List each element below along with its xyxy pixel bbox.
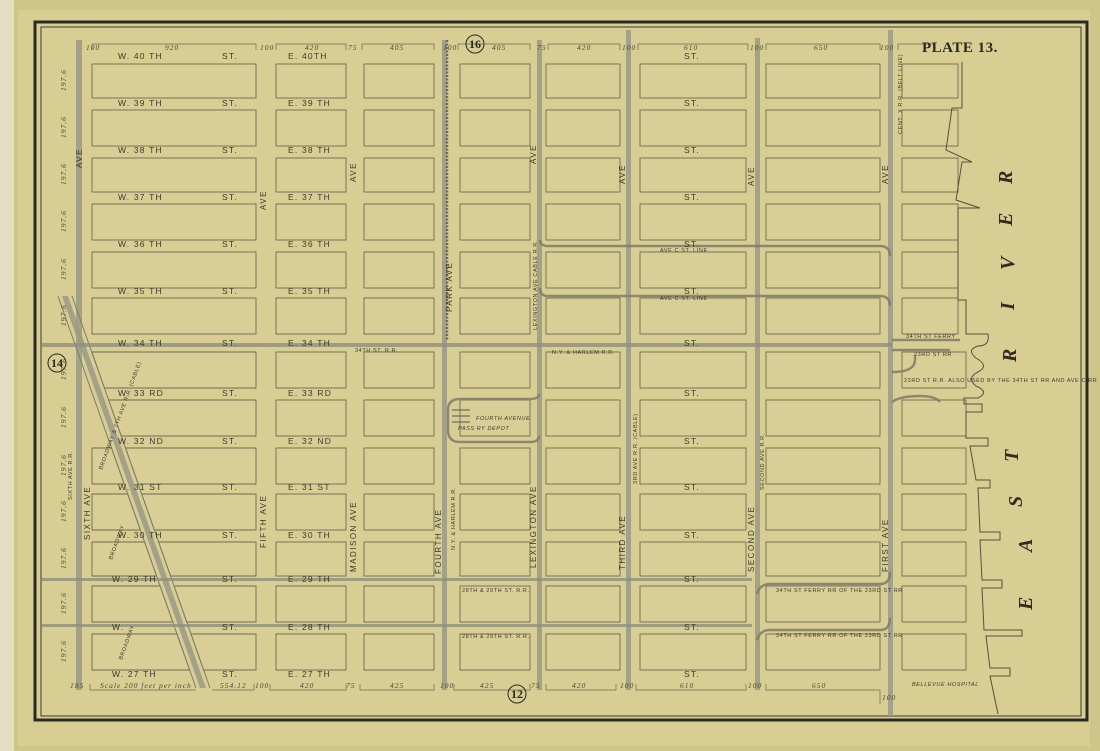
city-block <box>276 252 346 288</box>
city-block <box>364 542 434 576</box>
plate-title: PLATE 13. <box>922 40 998 56</box>
street-suffix-label: ST. <box>684 436 700 446</box>
street-label-west: W. 32 ND <box>118 436 164 446</box>
28-29-st-rr-label-a: 28TH & 29TH ST. R.R. <box>462 588 530 594</box>
dim-label: 75 <box>346 681 356 690</box>
dim-label: 75 <box>531 681 541 690</box>
sixth-ave-rail <box>76 40 82 690</box>
city-block <box>142 494 256 530</box>
street-label-west: W. 40 TH <box>118 51 163 61</box>
city-block <box>364 64 434 98</box>
city-block <box>92 352 256 388</box>
dim-label: 100 <box>255 681 269 690</box>
city-block <box>546 634 620 670</box>
city-block <box>766 494 880 530</box>
city-block <box>546 298 620 334</box>
dim-label: 100 <box>620 681 634 690</box>
street-suffix-label: ST. <box>222 482 238 492</box>
ferry-shared-label: 23RD ST R.R. ALSO USED BY THE 34TH ST RR… <box>904 378 1097 384</box>
river-letter: A <box>1015 539 1037 554</box>
street-label-east: E. 34 TH <box>288 338 331 348</box>
city-block <box>766 448 880 484</box>
city-block <box>546 204 620 240</box>
street-suffix-label: ST. <box>222 669 238 679</box>
city-block <box>766 204 880 240</box>
lexington-ave-rail <box>537 40 542 690</box>
city-block <box>92 586 173 622</box>
city-block <box>902 586 966 622</box>
bellevue-hospital-label: BELLEVUE HOSPITAL <box>912 682 979 688</box>
city-block <box>460 298 530 334</box>
city-block <box>276 494 346 530</box>
street-suffix-label: ST. <box>684 622 700 632</box>
street-label-west: W. 38 TH <box>118 145 163 155</box>
city-block <box>109 400 256 436</box>
dim-label: 75 <box>537 43 547 52</box>
city-block <box>276 634 346 670</box>
city-block <box>92 252 256 288</box>
dim-label: 100 <box>622 43 636 52</box>
avenue-label-ave: AVE <box>881 164 890 184</box>
depot-label-line2: PASS RY DEPOT <box>458 426 509 432</box>
street-label-east: E. 32 ND <box>288 436 332 446</box>
city-block <box>92 634 190 670</box>
avenue-label-lexington: LEXINGTON AVE <box>529 485 538 568</box>
dim-label: 100 <box>443 43 457 52</box>
city-block <box>766 542 880 576</box>
street-label-west: W. 27 TH <box>112 669 157 679</box>
city-block <box>460 494 530 530</box>
dim-label: 75 <box>348 43 358 52</box>
avenue-label-ave: AVE <box>349 162 358 182</box>
street-label-west: W. 37 TH <box>118 192 163 202</box>
city-block <box>92 158 256 192</box>
block-depth-dim: 197.6 <box>59 592 68 614</box>
third-ave-rail <box>626 30 631 690</box>
river-letter: E <box>995 213 1017 227</box>
city-block <box>364 352 434 388</box>
city-block <box>766 252 880 288</box>
third-ave-cable-label: 3RD AVE R.R. (CABLE) <box>633 413 639 484</box>
street-label-east: E. 27 TH <box>288 669 331 679</box>
street-suffix-label: ST. <box>222 51 238 61</box>
city-block <box>276 586 346 622</box>
sixth-ave-rr-label: SIXTH AVE R.R. <box>68 451 74 500</box>
city-block <box>276 298 346 334</box>
dim-label: 100 <box>750 43 764 52</box>
block-depth-dim: 197.6 <box>59 640 68 662</box>
street-suffix-label: ST. <box>684 145 700 155</box>
city-block <box>640 298 746 334</box>
34th-st-rail <box>42 343 892 347</box>
city-block <box>640 494 746 530</box>
second-ave-rr-label: SECOND AVE R.R. <box>760 433 766 490</box>
ave-c-line-label-1: AVE C ST. LINE <box>660 248 708 254</box>
city-block <box>766 634 880 670</box>
street-label-east: E. 35 TH <box>288 286 331 296</box>
ferry-mid-label: 23RD ST RR <box>914 352 952 358</box>
28th-st-rail <box>42 624 752 627</box>
street-label-east: E. 33 RD <box>288 388 332 398</box>
city-block <box>364 494 434 530</box>
city-block <box>640 634 746 670</box>
street-suffix-label: ST. <box>684 286 700 296</box>
city-block <box>364 448 434 484</box>
city-block <box>276 204 346 240</box>
ny-harlem-4th-label: N.Y. & HARLEM R.R. <box>451 487 457 550</box>
city-block <box>276 448 346 484</box>
street-suffix-label: ST. <box>222 98 238 108</box>
city-block <box>126 448 256 484</box>
ferry-rr-label-b: 34TH ST FERRY RR OF THE 23RD ST RR <box>776 633 903 639</box>
city-block <box>766 400 880 436</box>
city-block <box>902 64 958 98</box>
city-block <box>640 352 746 388</box>
block-depth-dim: 197.6 <box>59 547 68 569</box>
street-label-west: W. 31 ST <box>118 482 163 492</box>
street-label-west: W. 35 TH <box>118 286 163 296</box>
street-suffix-label: ST. <box>684 530 700 540</box>
city-block <box>364 204 434 240</box>
block-depth-dim: 197.6 <box>59 358 68 380</box>
avenue-label-third: THIRD AVE <box>618 515 627 570</box>
street-label-east: E. 29 TH <box>288 574 331 584</box>
avenue-label-ave: AVE <box>75 148 84 168</box>
river-letter: S <box>1005 496 1027 507</box>
dim-label: 650 <box>812 681 826 690</box>
city-block <box>546 542 620 576</box>
city-block <box>640 204 746 240</box>
street-label-east: E. 40TH <box>288 51 328 61</box>
first-ave-belt-label: CENT. X R.R. (BELT LINE) <box>898 54 904 134</box>
city-block <box>364 158 434 192</box>
city-block <box>460 542 530 576</box>
street-suffix-label: ST. <box>222 286 238 296</box>
street-suffix-label: ST. <box>222 574 238 584</box>
city-block <box>902 494 966 530</box>
lexington-cable-label: LEXINGTON AVE CABLE R.R. <box>533 240 539 330</box>
block-depth-dim: 197.6 <box>59 258 68 280</box>
river-letter: R <box>995 171 1017 185</box>
city-block <box>159 542 256 576</box>
block-depth-dim: 197.6 <box>59 454 68 476</box>
dim-label: 100 <box>260 43 274 52</box>
city-block <box>766 158 880 192</box>
street-label-east: E. 38 TH <box>288 145 331 155</box>
dim-label: 100 <box>86 43 100 52</box>
street-label-west: W. 30 TH <box>118 530 163 540</box>
dim-label: 100 <box>880 43 894 52</box>
dim-label: 185 <box>70 681 84 690</box>
street-suffix-label: ST. <box>684 98 700 108</box>
street-label-west: W. 36 TH <box>118 239 163 249</box>
city-block <box>640 586 746 622</box>
city-block <box>276 400 346 436</box>
dim-label: 100 <box>440 681 454 690</box>
city-block <box>640 448 746 484</box>
river-letter: I <box>997 301 1019 311</box>
dim-label: 425 <box>480 681 494 690</box>
city-block <box>766 110 880 146</box>
sheet-number-south[interactable]: 12 <box>511 687 523 701</box>
street-suffix-label: ST. <box>222 145 238 155</box>
block-depth-dim: 197.6 <box>59 210 68 232</box>
city-block <box>460 204 530 240</box>
dim-label: 554.12 <box>220 681 247 690</box>
city-block <box>546 158 620 192</box>
city-block <box>276 158 346 192</box>
avenue-label-madison: MADISON AVE <box>349 501 358 572</box>
city-block <box>364 252 434 288</box>
city-block <box>766 64 880 98</box>
city-block <box>902 204 958 240</box>
dim-label: 420 <box>577 43 591 52</box>
river-letter: R <box>999 349 1021 363</box>
ferry-rr-label-a: 34TH ST FERRY RR OF THE 23RD ST RR <box>776 588 903 594</box>
city-block <box>364 110 434 146</box>
street-suffix-label: ST. <box>684 482 700 492</box>
city-block <box>640 110 746 146</box>
block-depth-dim: 197.6 <box>59 500 68 522</box>
city-block <box>364 634 434 670</box>
city-block <box>460 448 530 484</box>
street-label-east: E. 30 TH <box>288 530 331 540</box>
city-block <box>546 400 620 436</box>
city-block <box>902 252 958 288</box>
city-block <box>902 400 966 436</box>
34th-st-rr-label: 34TH ST. R.R. <box>355 348 398 354</box>
street-suffix-label: ST. <box>684 338 700 348</box>
avenue-label-first: FIRST AVE <box>881 518 890 572</box>
depot-label-line1: FOURTH AVENUE <box>476 416 530 422</box>
block-depth-dim: 197.6 <box>59 406 68 428</box>
street-suffix-label: ST. <box>222 622 238 632</box>
street-suffix-label: ST. <box>222 388 238 398</box>
city-block <box>174 586 256 622</box>
ny-harlem-rr-label: N.Y. & HARLEM R.R. <box>552 350 615 356</box>
river-letter: E <box>1015 597 1037 611</box>
city-block <box>92 64 256 98</box>
street-suffix-label: ST. <box>684 51 700 61</box>
street-label-east: E. 37 TH <box>288 192 331 202</box>
city-block <box>276 110 346 146</box>
city-block <box>460 352 530 388</box>
dim-label: 420 <box>300 681 314 690</box>
river-letter: V <box>997 255 1019 270</box>
street-suffix-label: ST. <box>222 436 238 446</box>
dim-label: 100 <box>748 681 762 690</box>
avenue-label-ave: AVE <box>529 144 538 164</box>
city-block <box>902 542 966 576</box>
fourth-ave-rail <box>442 40 447 690</box>
sheet-number-north[interactable]: 16 <box>469 37 481 51</box>
avenue-label-sixth: SIXTH AVE <box>83 486 92 540</box>
block-depth-dim: 197.6 <box>59 163 68 185</box>
avenue-label-park: PARK AVE <box>445 262 454 312</box>
avenue-label-second: SECOND AVE <box>747 506 756 572</box>
city-block <box>92 298 256 334</box>
street-label-east: E. 36 TH <box>288 239 331 249</box>
city-block <box>546 252 620 288</box>
dim-label: 610 <box>680 681 694 690</box>
street-suffix-label: ST. <box>684 388 700 398</box>
block-depth-dim: 197.6 <box>59 304 68 326</box>
binding-strip <box>0 0 14 751</box>
avenue-label-fourth: FOURTH AVE <box>434 509 443 574</box>
city-block <box>460 64 530 98</box>
city-block <box>546 494 620 530</box>
street-label-east: E. 28 TH <box>288 622 331 632</box>
dim-label: 650 <box>814 43 828 52</box>
map-plate-13: PLATE 13. 16 14 12 100 920 100 420 75 40… <box>0 0 1100 751</box>
dim-label: 425 <box>390 681 404 690</box>
scale-note: Scale 200 feet per inch <box>100 681 192 690</box>
city-block <box>276 64 346 98</box>
street-label-west: W. 39 TH <box>118 98 163 108</box>
city-block <box>766 352 880 388</box>
ferry-top-label: 34TH ST FERRY <box>906 334 956 340</box>
street-label-west: W. 29 TH <box>112 574 157 584</box>
street-suffix-label: ST. <box>222 338 238 348</box>
dim-label: 405 <box>390 43 404 52</box>
city-block <box>902 634 966 670</box>
city-block <box>640 64 746 98</box>
avenue-label-ave: AVE <box>747 166 756 186</box>
city-block <box>364 298 434 334</box>
dim-label: 920 <box>165 43 179 52</box>
street-label-west: W. <box>112 622 124 632</box>
city-block <box>546 110 620 146</box>
city-block <box>640 542 746 576</box>
city-block <box>364 400 434 436</box>
street-label-east: E. 39 TH <box>288 98 331 108</box>
city-block <box>546 64 620 98</box>
city-block <box>460 110 530 146</box>
city-block <box>766 298 880 334</box>
ave-c-line-label-2: AVE C ST. LINE <box>660 296 708 302</box>
street-suffix-label: ST. <box>684 574 700 584</box>
avenue-label-fifth: FIFTH AVE <box>259 495 268 548</box>
city-block <box>364 586 434 622</box>
city-block <box>902 448 966 484</box>
city-block <box>460 252 530 288</box>
city-block <box>92 204 256 240</box>
street-label-west: W. 34 TH <box>118 338 163 348</box>
city-block <box>276 352 346 388</box>
block-depth-dim: 197.6 <box>59 69 68 91</box>
avenue-label-ave: AVE <box>259 190 268 210</box>
street-suffix-label: ST. <box>222 239 238 249</box>
city-block <box>92 110 256 146</box>
city-block <box>546 586 620 622</box>
city-block <box>546 448 620 484</box>
street-suffix-label: ST. <box>222 192 238 202</box>
city-block <box>546 352 620 388</box>
street-suffix-label: ST. <box>222 530 238 540</box>
dim-label: 405 <box>492 43 506 52</box>
city-block <box>902 158 958 192</box>
avenue-label-ave: AVE <box>618 164 627 184</box>
28-29-st-rr-label-b: 28TH & 29TH ST. R.R. <box>462 634 530 640</box>
city-block <box>640 252 746 288</box>
city-block <box>640 400 746 436</box>
block-depth-dim: 197.6 <box>59 116 68 138</box>
dim-label: 100 <box>882 693 896 702</box>
city-block <box>460 158 530 192</box>
street-label-east: E. 31 ST <box>288 482 331 492</box>
dim-label: 420 <box>572 681 586 690</box>
street-suffix-label: ST. <box>684 669 700 679</box>
river-letter: T <box>1001 449 1023 462</box>
city-block <box>640 158 746 192</box>
city-block <box>276 542 346 576</box>
street-suffix-label: ST. <box>684 192 700 202</box>
city-block <box>902 298 958 334</box>
